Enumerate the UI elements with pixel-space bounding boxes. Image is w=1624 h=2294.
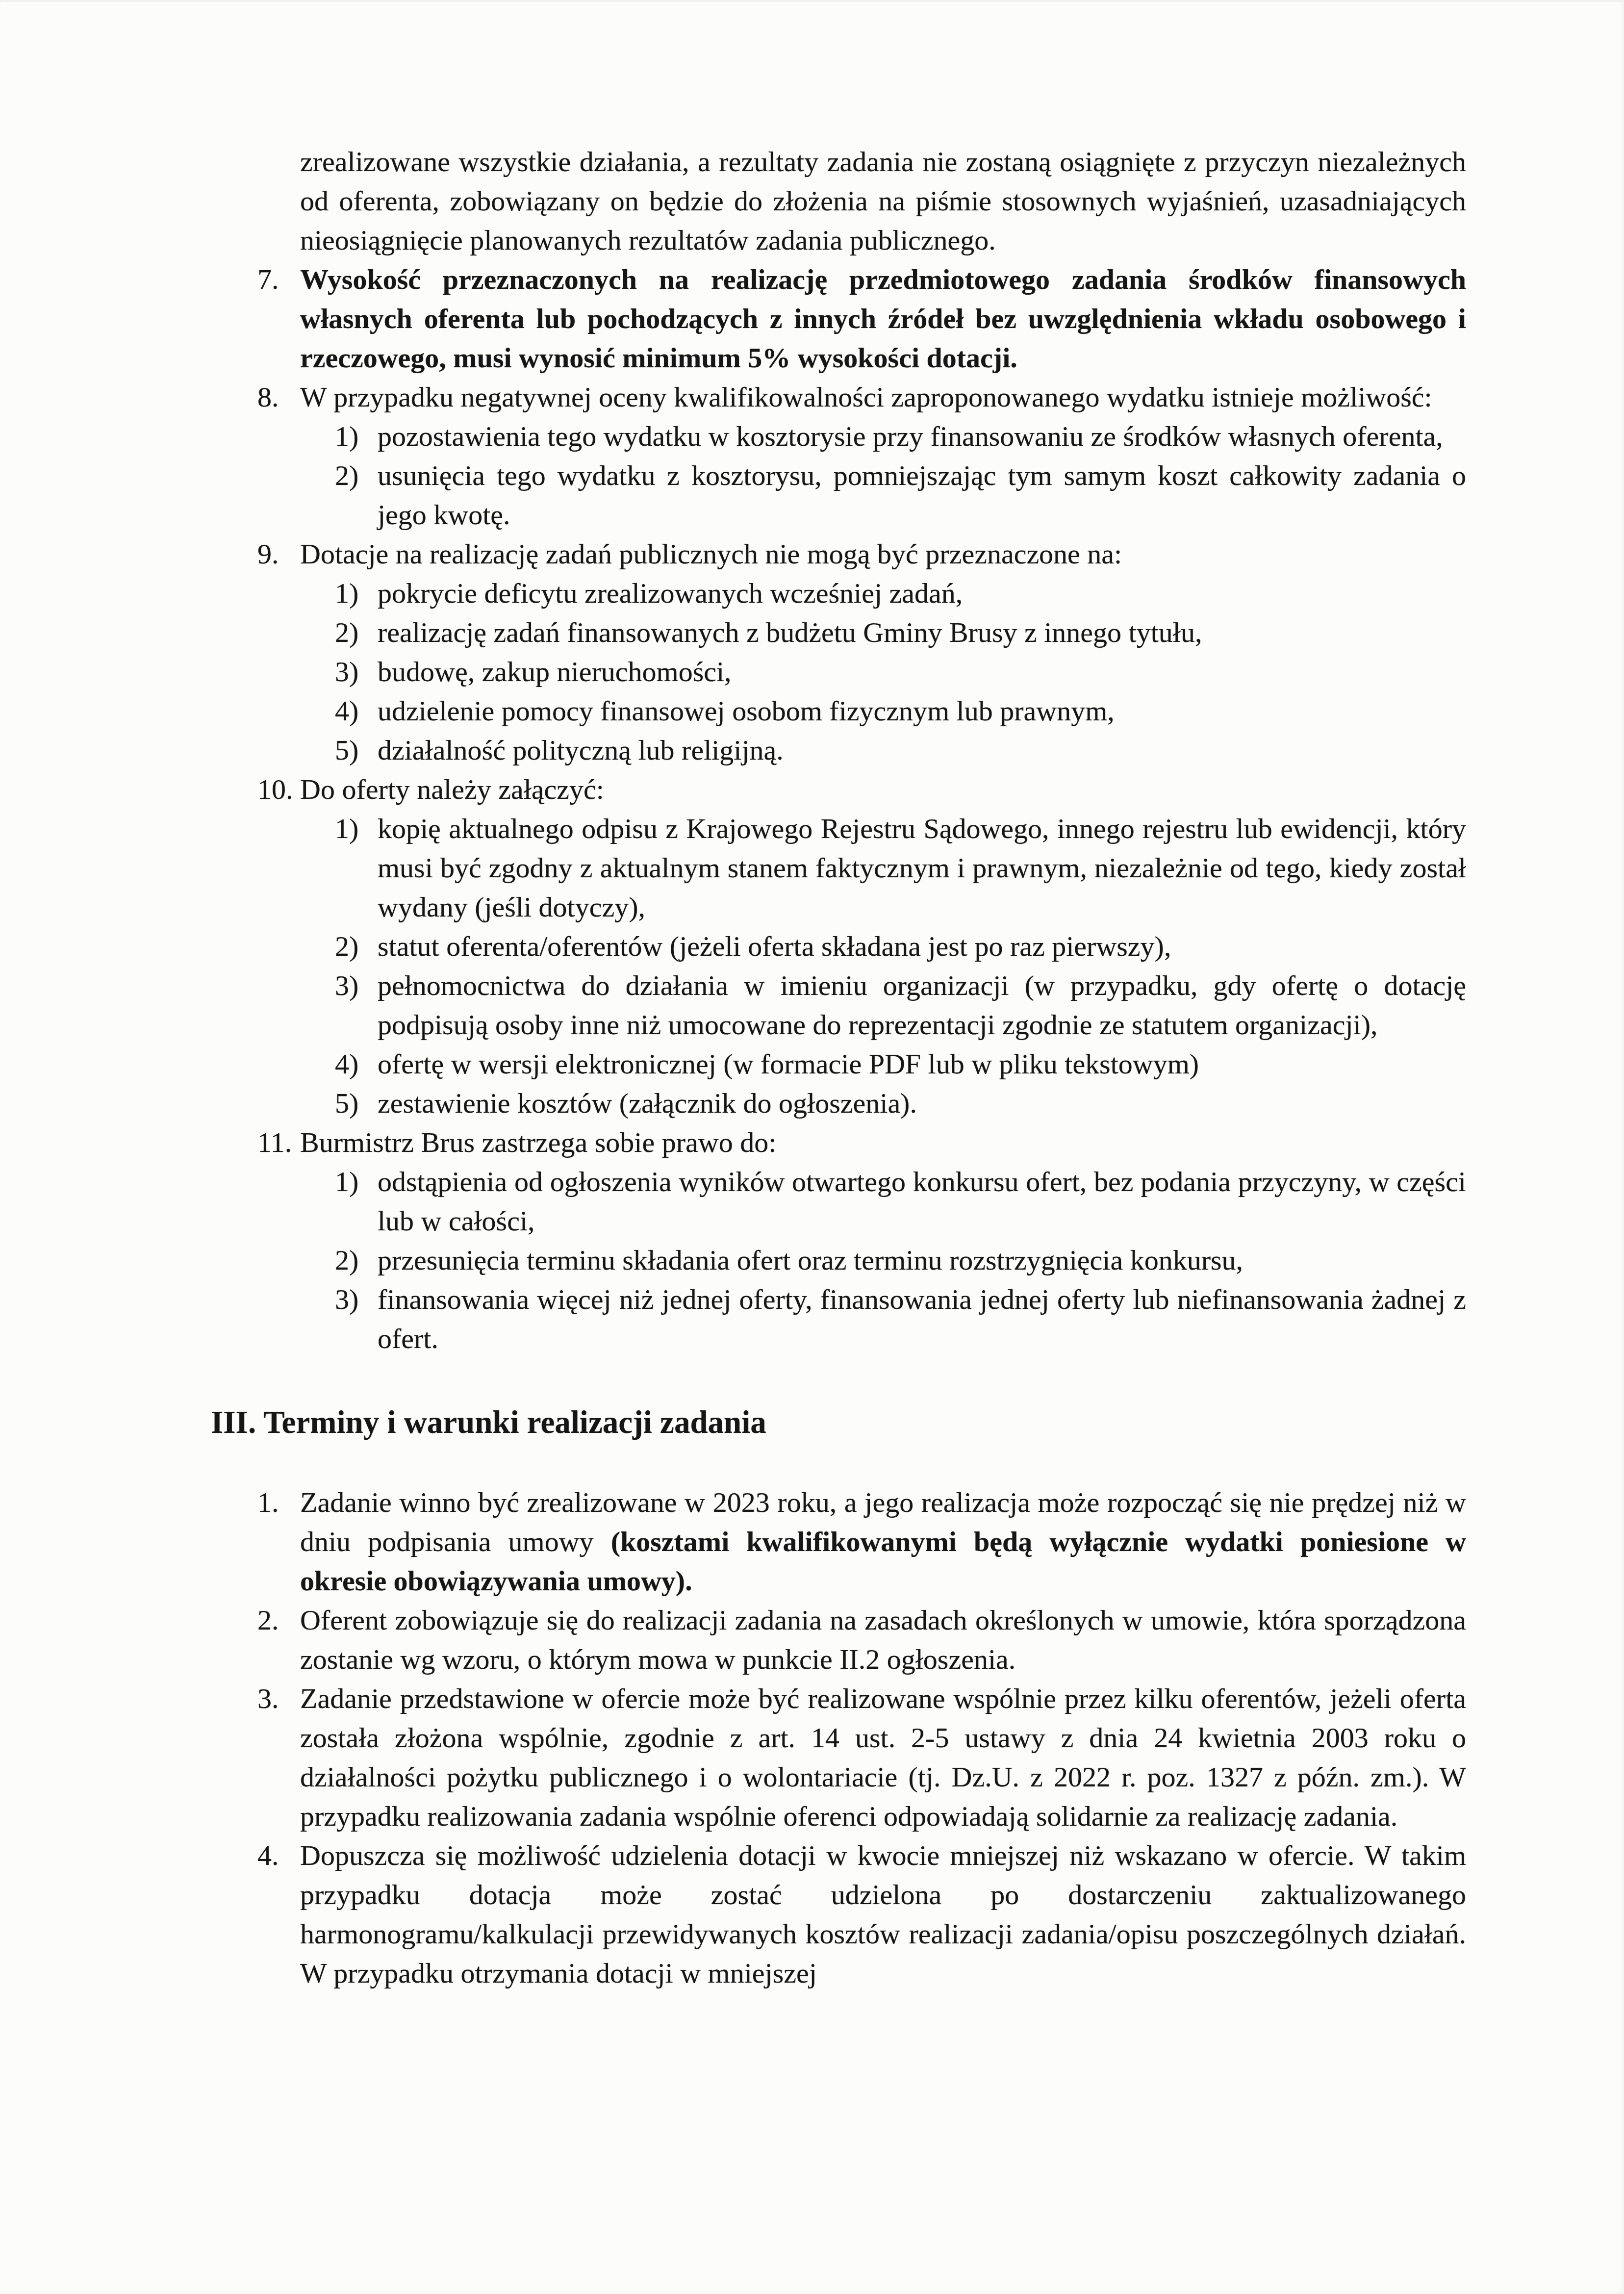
sub-list-item: 5)działalność polityczną lub religijną. (211, 731, 1466, 770)
sub-list-item: 5)zestawienie kosztów (załącznik do ogło… (211, 1084, 1466, 1123)
list-item: 7.Wysokość przeznaczonych na realizację … (211, 260, 1466, 378)
list-item-text: Wysokość przeznaczonych na realizację pr… (300, 263, 1466, 374)
sub-list-item-number: 2) (335, 1241, 358, 1280)
document-content: zrealizowane wszystkie działania, a rezu… (211, 142, 1466, 1993)
sub-list-item: 3)budowę, zakup nieruchomości, (211, 652, 1466, 691)
list-item: 9.Dotacje na realizację zadań publicznyc… (211, 535, 1466, 574)
list-item-text: Zadanie winno być zrealizowane w 2023 ro… (300, 1486, 1466, 1597)
list-item-text: Oferent zobowiązuje się do realizacji za… (300, 1604, 1466, 1675)
sub-list-item-text: działalność polityczną lub religijną. (378, 734, 784, 766)
sub-list-item-number: 3) (335, 966, 358, 1005)
sub-list-item-text: budowę, zakup nieruchomości, (378, 656, 732, 688)
sub-list-item: 2)przesunięcia terminu składania ofert o… (211, 1241, 1466, 1280)
sub-list-item-text: pozostawienia tego wydatku w kosztorysie… (378, 420, 1443, 452)
list-item-number: 1. (257, 1483, 279, 1522)
list-item-text: Dopuszcza się możliwość udzielenia dotac… (300, 1839, 1466, 1989)
sub-list-item-number: 3) (335, 1280, 358, 1319)
section-heading: III. Terminy i warunki realizacji zadani… (211, 1402, 1466, 1444)
sub-list-item-number: 2) (335, 927, 358, 966)
sub-list-item-number: 3) (335, 652, 358, 691)
sub-list-item: 2)usunięcia tego wydatku z kosztorysu, p… (211, 456, 1466, 535)
list-item: 3.Zadanie przedstawione w ofercie może b… (211, 1679, 1466, 1836)
sub-list-item-text: realizację zadań finansowanych z budżetu… (378, 616, 1202, 648)
sub-list-item-number: 1) (335, 1162, 358, 1201)
sub-list-item-number: 1) (335, 574, 358, 613)
sub-list-item: 3)finansowania więcej niż jednej oferty,… (211, 1280, 1466, 1358)
sub-list-item-text: przesunięcia terminu składania ofert ora… (378, 1244, 1243, 1276)
sub-list-item-number: 5) (335, 1084, 358, 1123)
list-item-text: Do oferty należy załączyć: (300, 773, 604, 805)
sub-list-item-number: 2) (335, 456, 358, 495)
sub-list-item-text: usunięcia tego wydatku z kosztorysu, pom… (378, 459, 1466, 531)
sub-list-item-number: 1) (335, 417, 358, 456)
scanned-document-page: zrealizowane wszystkie działania, a rezu… (0, 0, 1624, 2294)
list-item-number: 2. (257, 1601, 279, 1640)
sub-list-item: 4)udzielenie pomocy finansowej osobom fi… (211, 691, 1466, 731)
list-item-text: W przypadku negatywnej oceny kwalifikowa… (300, 381, 1432, 413)
list-item: 11.Burmistrz Brus zastrzega sobie prawo … (211, 1123, 1466, 1162)
numbered-list-bottom: 1.Zadanie winno być zrealizowane w 2023 … (211, 1483, 1466, 1993)
list-item-number: 10. (257, 770, 293, 809)
sub-list-item-text: finansowania więcej niż jednej oferty, f… (378, 1283, 1466, 1354)
list-item-number: 8. (257, 378, 279, 417)
sub-list-item-number: 4) (335, 1045, 358, 1084)
list-item: 10.Do oferty należy załączyć: (211, 770, 1466, 809)
sub-list-item-text: ofertę w wersji elektronicznej (w formac… (378, 1048, 1199, 1080)
sub-list-item: 1)odstąpienia od ogłoszenia wyników otwa… (211, 1162, 1466, 1241)
sub-list-item: 3)pełnomocnictwa do działania w imieniu … (211, 966, 1466, 1045)
sub-list-item: 1)kopię aktualnego odpisu z Krajowego Re… (211, 809, 1466, 927)
sub-list-item-number: 4) (335, 691, 358, 731)
sub-list-item-text: odstąpienia od ogłoszenia wyników otwart… (378, 1166, 1466, 1237)
list-item-number: 7. (257, 260, 279, 299)
list-item-number: 11. (257, 1123, 292, 1162)
numbered-list-top: 7.Wysokość przeznaczonych na realizację … (211, 260, 1466, 1358)
sub-list-item-text: statut oferenta/oferentów (jeżeli oferta… (378, 930, 1171, 962)
sub-list-item-text: zestawienie kosztów (załącznik do ogłosz… (378, 1087, 917, 1119)
sub-list-item-number: 2) (335, 613, 358, 652)
sub-list-item: 1)pozostawienia tego wydatku w kosztorys… (211, 417, 1466, 456)
list-item-number: 9. (257, 535, 279, 574)
sub-list-item-text: kopię aktualnego odpisu z Krajowego Reje… (378, 813, 1466, 923)
sub-list-item-number: 1) (335, 809, 358, 848)
list-item: 4.Dopuszcza się możliwość udzielenia dot… (211, 1836, 1466, 1993)
sub-list-item: 1)pokrycie deficytu zrealizowanych wcześ… (211, 574, 1466, 613)
list-item-text: Dotacje na realizację zadań publicznych … (300, 538, 1122, 570)
list-item: 2.Oferent zobowiązuje się do realizacji … (211, 1601, 1466, 1679)
sub-list-item: 2)statut oferenta/oferentów (jeżeli ofer… (211, 927, 1466, 966)
sub-list-item: 4)ofertę w wersji elektronicznej (w form… (211, 1045, 1466, 1084)
sub-list-item-text: udzielenie pomocy finansowej osobom fizy… (378, 695, 1115, 727)
sub-list-item-number: 5) (335, 731, 358, 770)
list-item: 8.W przypadku negatywnej oceny kwalifiko… (211, 378, 1466, 417)
list-item-text: Zadanie przedstawione w ofercie może być… (300, 1682, 1466, 1832)
list-item: 1.Zadanie winno być zrealizowane w 2023 … (211, 1483, 1466, 1601)
list-item-text: Burmistrz Brus zastrzega sobie prawo do: (300, 1126, 776, 1158)
list-item-number: 4. (257, 1836, 279, 1875)
intro-paragraph: zrealizowane wszystkie działania, a rezu… (300, 142, 1466, 260)
sub-list-item-text: pokrycie deficytu zrealizowanych wcześni… (378, 577, 963, 609)
list-item-number: 3. (257, 1679, 279, 1718)
sub-list-item: 2)realizację zadań finansowanych z budże… (211, 613, 1466, 652)
sub-list-item-text: pełnomocnictwa do działania w imieniu or… (378, 969, 1466, 1041)
